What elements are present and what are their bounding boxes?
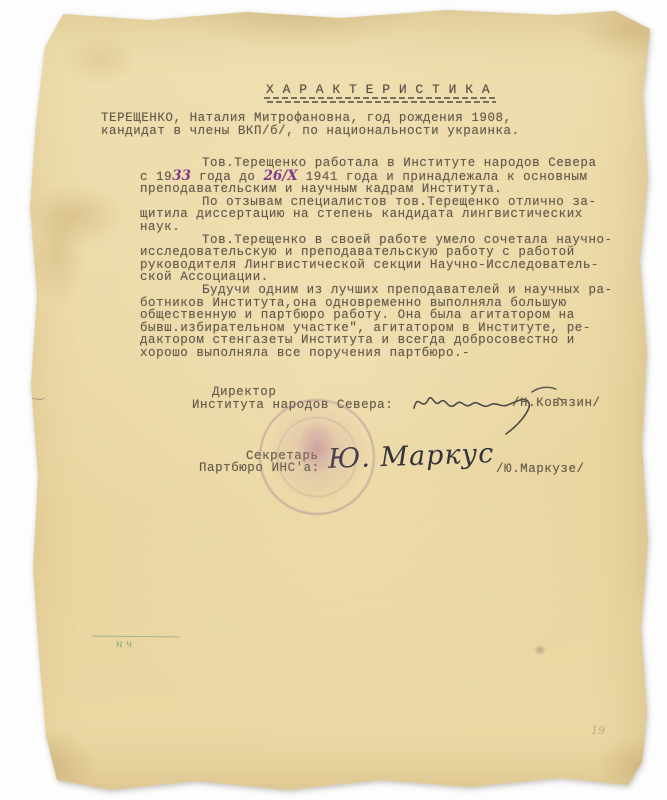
document-body: Тов.Терещенко работала в Институте народ… — [140, 157, 625, 360]
title-underline — [264, 97, 496, 104]
body-paragraph-3: Тов.Терещенко в своей работе умело сочет… — [140, 234, 625, 284]
director-printed-name: /Н.Ковязин/ — [512, 396, 601, 410]
margin-pencil-mark — [12, 391, 46, 409]
stamp-emblem — [297, 421, 337, 475]
body-paragraph-1: Тов.Терещенко работала в Институте народ… — [140, 157, 625, 196]
scanned-document-photo: Х А Р А К Т Е Р И С Т И К А ТЕРЕЩЕНКО, Н… — [0, 0, 667, 800]
corner-pencil-mark: 19 — [591, 724, 605, 737]
intro-paragraph: ТЕРЕЩЕНКО, Наталия Митрофановна, год рож… — [101, 112, 601, 137]
document-paper: Х А Р А К Т Е Р И С Т И К А ТЕРЕЩЕНКО, Н… — [0, 0, 667, 800]
paragraph-line: преподавательским и научным кадрам Инсти… — [140, 183, 625, 196]
official-stamp — [259, 399, 375, 515]
body-paragraph-4: Будучи одним из лучших преподавателей и … — [140, 284, 625, 360]
green-pencil-line — [92, 636, 180, 638]
paper-shadow-wrap: Х А Р А К Т Е Р И С Т И К А ТЕРЕЩЕНКО, Н… — [0, 0, 667, 800]
document-title: Х А Р А К Т Е Р И С Т И К А — [266, 82, 490, 97]
body-paragraph-2: По отзывам специалистов тов.Терещенко от… — [140, 196, 625, 234]
paragraph-line: Тов.Терещенко работала в Институте народ… — [140, 157, 625, 170]
director-role-line-1: Директор — [212, 385, 276, 399]
green-pencil-note: н ч — [116, 639, 132, 650]
secretary-printed-name: /Ю.Маркузе/ — [496, 462, 585, 476]
